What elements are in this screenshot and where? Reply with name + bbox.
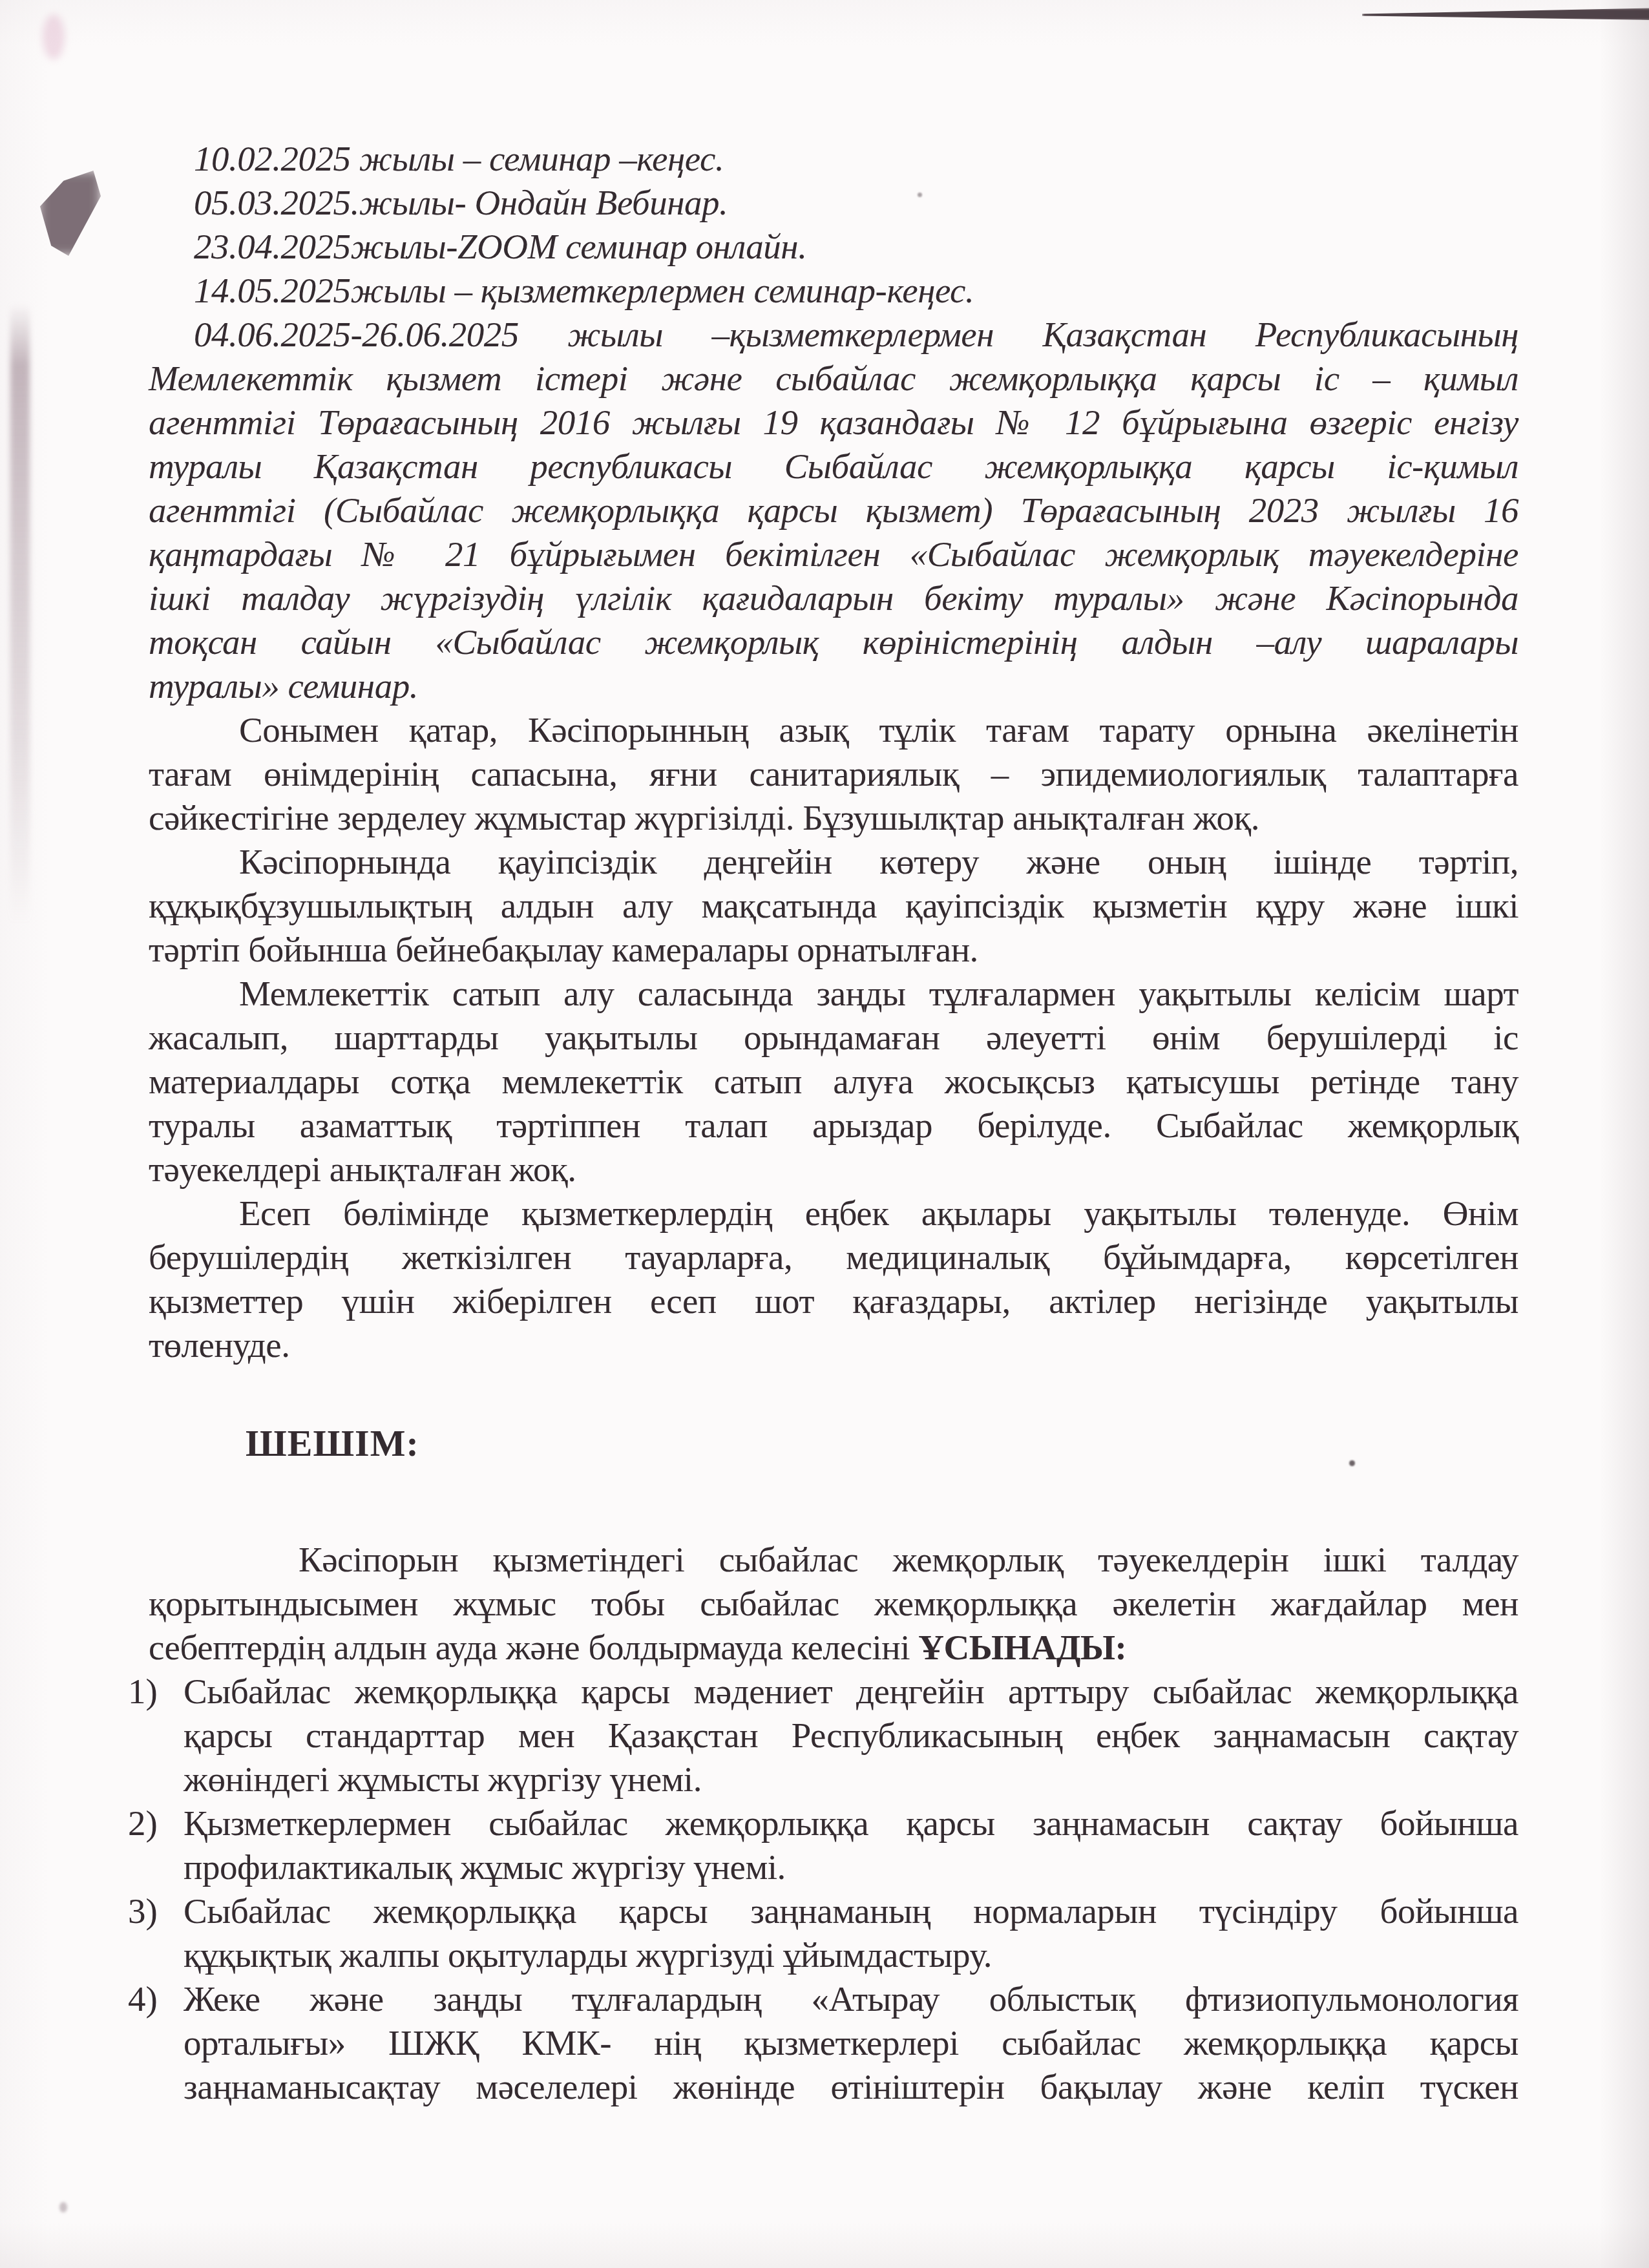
text-line: 04.06.2025-26.06.2025 жылы –қызметкерлер… — [149, 313, 1518, 357]
text-line: Жеке және заңды тұлғалардың «Атырау облы… — [184, 1977, 1518, 2021]
text-line: тәуекелдері анықталған жоқ. — [149, 1148, 1518, 1192]
text-line: 23.04.2025жылы-ZOOM семинар онлайн. — [149, 225, 1518, 269]
text-line: жөніндегі жұмысты жүргізу үнемі. — [184, 1758, 1518, 1801]
text-line: Сыбайлас жемқорлыққа қарсы мәдениет деңг… — [184, 1670, 1518, 1714]
decision-heading: ШЕШІМ: — [149, 1422, 1518, 1465]
text-line: жасалып, шарттарды уақытылы орындамаған … — [149, 1016, 1518, 1060]
list-item: 3)Сыбайлас жемқорлыққа қарсы заңнаманың … — [149, 1889, 1518, 1977]
text-line: тоқсан сайын «Сыбайлас жемқорлық көрініс… — [149, 620, 1518, 664]
text-line: қаңтардағы № 21 бұйрығымен бекітілген «С… — [149, 532, 1518, 576]
text-line: Қызметкерлермен сыбайлас жемқорлыққа қар… — [184, 1801, 1518, 1845]
scan-artifact-pink-smudge — [43, 14, 65, 59]
scan-artifact-speck — [59, 2202, 67, 2212]
scan-artifact-left-streak — [10, 304, 30, 924]
scan-artifact-left-wedge — [39, 171, 101, 256]
list-item: 1)Сыбайлас жемқорлыққа қарсы мәдениет де… — [149, 1670, 1518, 1801]
text-line: заңнаманысақтау мәселелері жөнінде өтіні… — [184, 2065, 1518, 2109]
text-line: ішкі талдау жүргізудің үлгілік қағидалар… — [149, 576, 1518, 620]
text-line: Кәсіпорнында қауіпсіздік деңгейін көтеру… — [149, 840, 1518, 884]
text-line: берушілердің жеткізілген тауарларға, мед… — [149, 1235, 1518, 1279]
text-line: профилактикалық жұмыс жүргізу үнемі. — [184, 1845, 1518, 1889]
text-line: тағам өнімдерінің сапасына, яғни санитар… — [149, 752, 1518, 796]
list-item: 4)Жеке және заңды тұлғалардың «Атырау об… — [149, 1977, 1518, 2109]
list-item-content: Сыбайлас жемқорлыққа қарсы мәдениет деңг… — [184, 1670, 1518, 1801]
list-item-content: Сыбайлас жемқорлыққа қарсы заңнаманың но… — [184, 1889, 1518, 1977]
list-item-number: 3) — [128, 1889, 184, 1933]
text-line: 14.05.2025жылы – қызметкерлермен семинар… — [149, 269, 1518, 313]
list-item-number: 2) — [128, 1801, 184, 1845]
text-run: себептердің алдын ауда және болдырмауда … — [149, 1628, 918, 1667]
text-line: құқықбұзушылықтың алдын алу мақсатында қ… — [149, 884, 1518, 928]
text-line: туралы» семинар. — [149, 664, 1518, 708]
text-line: Есеп бөлімінде қызметкерлердің еңбек ақы… — [149, 1192, 1518, 1235]
scanned-document-page: 10.02.2025 жылы – семинар –кеңес.05.03.2… — [0, 0, 1649, 2268]
list-item-content: Қызметкерлермен сыбайлас жемқорлыққа қар… — [184, 1801, 1518, 1889]
text-line: сәйкестігіне зерделеу жұмыстар жүргізілд… — [149, 796, 1518, 840]
text-line: қорытындысымен жұмыс тобы сыбайлас жемқо… — [149, 1582, 1518, 1626]
text-line: құқықтық жалпы оқытуларды жүргізуді ұйым… — [184, 1933, 1518, 1977]
text-line: 10.02.2025 жылы – семинар –кеңес. — [149, 137, 1518, 181]
document-body: 10.02.2025 жылы – семинар –кеңес.05.03.2… — [149, 137, 1518, 2109]
text-line: қарсы стандарттар мен Қазақстан Республи… — [184, 1714, 1518, 1758]
list-item: 2)Қызметкерлермен сыбайлас жемқорлыққа қ… — [149, 1801, 1518, 1889]
text-line: қызметтер үшін жіберілген есеп шот қағаз… — [149, 1279, 1518, 1323]
text-line: төленуде. — [149, 1323, 1518, 1367]
emphasis-text: ҰСЫНАДЫ: — [918, 1628, 1126, 1667]
list-item-number: 1) — [128, 1670, 184, 1714]
text-line: туралы азаматтық тәртіппен талап арыздар… — [149, 1104, 1518, 1148]
text-line: агенттігі (Сыбайлас жемқорлыққа қарсы қы… — [149, 488, 1518, 532]
text-line: Мемлекеттік сатып алу саласында заңды тұ… — [149, 972, 1518, 1016]
text-line: агенттігі Төрағасының 2016 жылғы 19 қаза… — [149, 401, 1518, 445]
text-line: Сыбайлас жемқорлыққа қарсы заңнаманың но… — [184, 1889, 1518, 1933]
scan-artifact-top-streak — [1362, 8, 1649, 21]
text-line: себептердің алдын ауда және болдырмауда … — [149, 1626, 1518, 1670]
text-line: туралы Қазақстан республикасы Сыбайлас ж… — [149, 445, 1518, 488]
list-item-number: 4) — [128, 1977, 184, 2021]
text-line: 05.03.2025.жылы- Ондайн Вебинар. — [149, 181, 1518, 225]
text-line: Кәсіпорын қызметіндегі сыбайлас жемқорлы… — [149, 1538, 1518, 1582]
text-line: Сонымен қатар, Кәсіпорынның азық тұлік т… — [149, 708, 1518, 752]
text-line: тәртіп бойынша бейнебақылау камералары о… — [149, 928, 1518, 972]
text-line: материалдары сотқа мемлекеттік сатып алу… — [149, 1060, 1518, 1104]
list-item-content: Жеке және заңды тұлғалардың «Атырау облы… — [184, 1977, 1518, 2109]
text-line: орталығы» ШЖҚ КМК- нің қызметкерлері сыб… — [184, 2021, 1518, 2065]
text-line: Мемлекеттік қызмет істері және сыбайлас … — [149, 357, 1518, 401]
